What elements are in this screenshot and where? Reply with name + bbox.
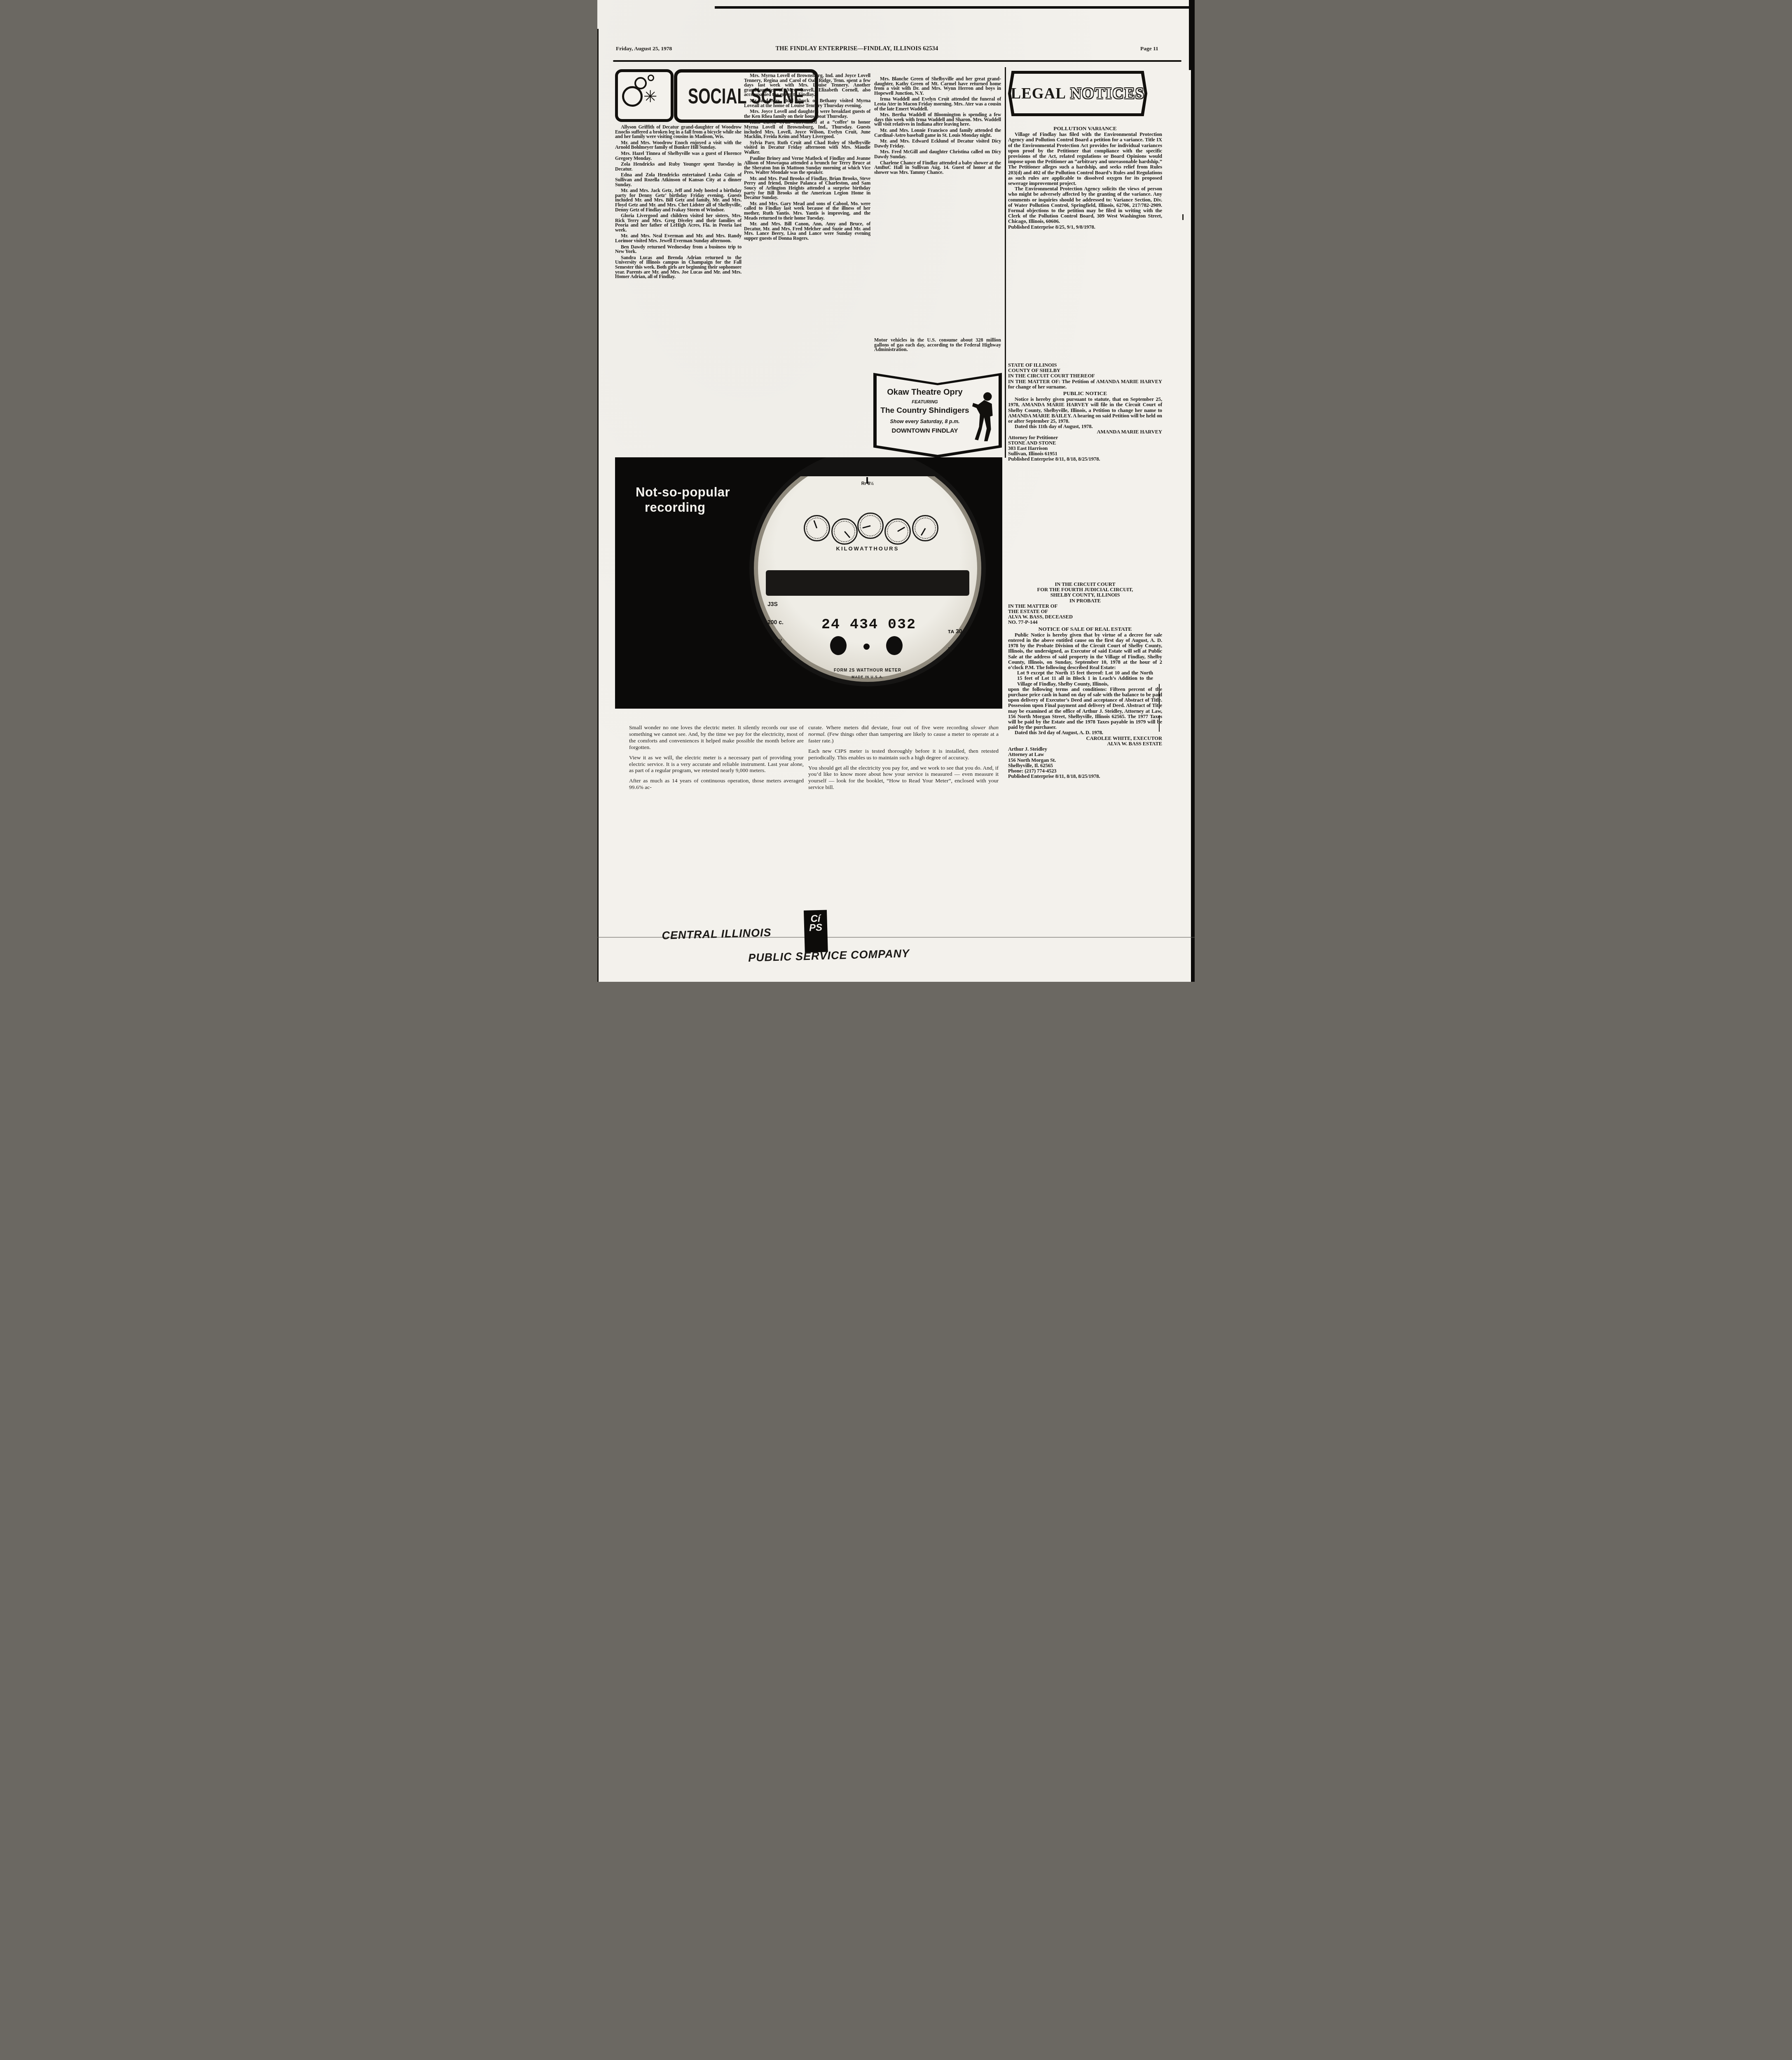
- news-item: Mr. and Mrs. Gary Mead and sons of Caboo…: [744, 201, 870, 220]
- legal-section-title: NOTICE OF SALE OF REAL ESTATE: [1008, 626, 1162, 632]
- meter-nameplate-left: J3S 200 c. 240 v 3 w: [767, 595, 784, 667]
- meter-register-number: 24 434 032: [802, 616, 936, 633]
- news-item: Mr. and Mrs. Burl Shuck of Bethany visit…: [744, 98, 870, 108]
- meter-ta-rating: ᴛᴀ 30: [948, 622, 964, 640]
- legal-name-change-notice: STATE OF ILLINOIS COUNTY OF SHELBY IN TH…: [1008, 363, 1162, 462]
- meter-dial-icon: [831, 518, 858, 545]
- okaw-ad-band-name: The Country Shindigers: [877, 406, 972, 415]
- legal-court-line: IN PROBATE: [1008, 598, 1162, 604]
- legal-paragraph: Village of Findlay has filed with the En…: [1008, 132, 1162, 186]
- news-item: Zola Hendricks and Ruby Younger spent Tu…: [615, 162, 742, 171]
- legal-published-line: Published Enterprise 8/11, 8/18, 8/25/19…: [1008, 456, 1162, 462]
- news-item: Mr. and Mrs. Woodrow Enoch enjoyed a vis…: [615, 140, 742, 150]
- legal-paragraph: Public Notice is hereby given that by vi…: [1008, 632, 1162, 670]
- legal-line: NO. 77-P-144: [1008, 620, 1162, 625]
- meter-top-bracket: [749, 457, 986, 476]
- legal-paragraph: The Environmental Protection Agency soli…: [1008, 186, 1162, 224]
- okaw-ad-title: Okaw Theatre Opry: [877, 388, 972, 397]
- scan-edge-left: [597, 29, 599, 982]
- legal-paragraph: Notice is hereby given pursuant to statu…: [1008, 397, 1162, 424]
- meter-register-frame: [766, 570, 969, 596]
- masthead: THE FINDLAY ENTERPRISE—FINDLAY, ILLINOIS…: [671, 45, 1042, 52]
- news-item: Ruth Eileen Cruit entertained at a “coff…: [744, 120, 870, 139]
- news-item: Mr. and Mrs. Jack Getz, Jeff and Jody ho…: [615, 188, 742, 212]
- ad-paragraph: Small wonder no one loves the electric m…: [629, 724, 804, 751]
- legal-signature: AMANDA MARIE HARVEY: [1008, 429, 1162, 435]
- news-item: Allyson Griffith of Decatur grand-daught…: [615, 125, 742, 139]
- legal-dated-line: Dated this 3rd day of August, A. D. 1978…: [1008, 730, 1162, 735]
- cips-headline-line2: recording: [645, 500, 730, 515]
- logo-public-service-company: PUBLIC SERVICE COMPANY: [748, 947, 910, 964]
- legal-estate-sale-notice: IN THE CIRCUIT COURT FOR THE FOURTH JUDI…: [1008, 582, 1162, 779]
- page-date: Friday, August 25, 1978: [616, 45, 672, 52]
- notices-word-outlined: NOTICES: [1070, 85, 1145, 103]
- ad-paragraph: View it as we will, the electric meter i…: [629, 754, 804, 774]
- meter-dial-icon: [912, 515, 938, 541]
- social-column-1: Allyson Griffith of Decatur grand-daught…: [615, 125, 742, 281]
- header-rule: [613, 60, 1181, 62]
- news-item: Sylvia Parr, Ruth Cruit and Chad Roley o…: [744, 140, 870, 155]
- news-item: Irma Waddell and Evelyn Cruit attended t…: [874, 97, 1001, 111]
- legal-paragraph: upon the following terms and conditions:…: [1008, 687, 1162, 730]
- legal-notices-badge-inner: LEGAL NOTICES: [1011, 74, 1144, 113]
- legal-published-line: Published Enterprise 8/11, 8/18, 8/25/19…: [1008, 774, 1162, 779]
- logo-central-illinois: CENTRAL ILLINOIS: [662, 926, 772, 942]
- cips-logo-bottom: PS: [804, 923, 828, 933]
- meter-rr-label: Rr 8½: [749, 481, 986, 486]
- cips-headline-line1: Not-so-popular: [636, 485, 730, 500]
- meter-dial-icon: [884, 518, 911, 545]
- meter-made-line: MADE IN U.S.A.: [785, 675, 950, 679]
- okaw-ad-showtime: Show every Saturday, 8 p.m.: [877, 419, 972, 424]
- social-column-2: Mrs. Myrna Lovell of Brownsburg, Ind. an…: [744, 73, 870, 242]
- meter-volts: 240 v: [767, 631, 784, 649]
- legal-line: Attorney for Petitioner: [1008, 435, 1162, 440]
- clock-asterisk-icon: ✳: [615, 69, 674, 122]
- electric-meter-photo: Rr 8½ KILOWATTHOURS J3S 200 c. 240 v 3 w…: [749, 457, 986, 686]
- news-item: Pauline Briney and Verne Matlock of Find…: [744, 156, 870, 175]
- ad-paragraph: curate. Where meters did deviate, four o…: [808, 724, 999, 744]
- okaw-ad-featuring: FEATURING: [877, 400, 972, 405]
- meter-dial-icon: [804, 515, 830, 541]
- legal-line: 156 North Morgan St.: [1008, 758, 1162, 763]
- scan-edge-top: [715, 6, 1195, 9]
- meter-wire: 3 w: [767, 649, 784, 667]
- legal-court-line: SHELBY COUNTY, ILLINOIS: [1008, 592, 1162, 598]
- filler-item: Motor vehicles in the U.S. consume about…: [874, 338, 1001, 352]
- news-item: Mrs. Myrna Lovell of Brownsburg, Ind. an…: [744, 73, 870, 97]
- cips-logo-icon: Cí PS: [804, 910, 828, 953]
- news-item: Mr. and Mrs. Paul Brooks of Findlay, Bri…: [744, 176, 870, 200]
- legal-word: LEGAL: [1011, 85, 1066, 103]
- cips-ad-headline: Not-so-popular recording: [636, 485, 730, 515]
- news-item: Mr. and Mrs. Bill Canon, Ann, Amy and Br…: [744, 222, 870, 241]
- legal-section-title: POLLUTION VARIANCE: [1008, 126, 1162, 131]
- news-item: Mr. and Mrs. Edward Ecklund of Decatur v…: [874, 139, 1001, 148]
- okaw-ad-location: DOWNTOWN FINDLAY: [877, 427, 972, 434]
- news-item: Mr. and Mrs. Lonnie Francisco and family…: [874, 128, 1001, 138]
- cips-company-logo: CENTRAL ILLINOIS Cí PS PUBLIC SERVICE CO…: [644, 902, 967, 979]
- news-item: Mr. and Mrs. Neal Everman and Mr. and Mr…: [615, 234, 742, 243]
- meter-amps: 200 c.: [767, 613, 784, 631]
- okaw-theatre-ad: Okaw Theatre Opry FEATURING The Country …: [873, 373, 1002, 458]
- legal-line: Shelbyville, Il. 62565: [1008, 763, 1162, 768]
- column-divider: [1005, 67, 1006, 458]
- legal-notices-badge: LEGAL NOTICES: [1008, 71, 1147, 116]
- meter-kilowatthours-label: KILOWATTHOURS: [749, 545, 986, 552]
- cips-copy-column-2: curate. Where meters did deviate, four o…: [808, 724, 999, 794]
- legal-published-line: Published Enterprise 8/25, 9/1, 9/8/1978…: [1008, 225, 1162, 230]
- ad-paragraph: You should get all the electricity you p…: [808, 765, 999, 791]
- legal-line: Attorney at Law: [1008, 752, 1162, 757]
- meter-dot-icon: [863, 644, 870, 650]
- news-item: Gloria Livergood and children visited he…: [615, 213, 742, 232]
- meter-screw-icon: [886, 636, 903, 655]
- social-column-3: Mrs. Blanche Green of Shelbyville and he…: [874, 77, 1001, 176]
- ad-text: curate. Where meters did deviate, four o…: [808, 724, 971, 730]
- guitar-player-icon: [971, 390, 997, 443]
- news-item: Mrs. Blanche Green of Shelbyville and he…: [874, 77, 1001, 96]
- legal-lot-description: Lot 9 except the North 15 feet thereof: …: [1017, 670, 1153, 687]
- bubble-small-circle-icon: [648, 75, 654, 81]
- newspaper-page: Friday, August 25, 1978 THE FINDLAY ENTE…: [597, 0, 1195, 982]
- legal-section-title: PUBLIC NOTICE: [1008, 391, 1162, 396]
- page-number: Page 11: [1140, 45, 1158, 52]
- meter-nameplate-right: ᴛᴀ 30 Kʜ 12: [948, 622, 964, 658]
- legal-paragraph: IN THE MATTER OF: The Petition of AMANDA…: [1008, 379, 1162, 390]
- scan-edge-right: [1191, 0, 1195, 982]
- cips-copy-column-1: Small wonder no one loves the electric m…: [629, 724, 804, 794]
- news-item: Mrs. Joyce Lovell and daughters were bre…: [744, 109, 870, 119]
- meter-kh-rating: Kʜ 12: [948, 640, 964, 658]
- legal-executor-line: CAROLEE WHITE, EXECUTOR: [1008, 736, 1162, 741]
- news-item: Charlene Chance of Findlay attended a ba…: [874, 161, 1001, 175]
- legal-pollution-variance: POLLUTION VARIANCE Village of Findlay ha…: [1008, 125, 1162, 230]
- scan-edge-blob: [1189, 0, 1192, 70]
- ad-paragraph: After as much as 14 years of continuous …: [629, 777, 804, 791]
- scan-tick: [1182, 214, 1184, 220]
- okaw-ad-text: Okaw Theatre Opry FEATURING The Country …: [877, 388, 972, 434]
- news-item: Ben Dawdy returned Wednesday from a busi…: [615, 245, 742, 254]
- asterisk-icon: ✳: [643, 89, 657, 105]
- meter-screw-icon: [830, 636, 847, 655]
- ad-paragraph: Each new CIPS meter is tested thoroughly…: [808, 748, 999, 761]
- legal-line: IN THE CIRCUIT COURT THEREOF: [1008, 373, 1162, 379]
- meter-model: J3S: [767, 595, 784, 613]
- news-item: Sandra Lucas and Brenda Adrian returned …: [615, 255, 742, 279]
- news-item: Mrs. Hazel Tinnea of Shelbyville was a g…: [615, 151, 742, 161]
- meter-dial-icon: [857, 513, 884, 539]
- ad-text: (Few things other than tampering are lik…: [808, 731, 999, 744]
- meter-form-line: FORM 2S WATTHOUR METER: [785, 668, 950, 673]
- cips-meter-ad: Not-so-popular recording Rr 8½ KILOWATTH…: [615, 457, 1002, 709]
- news-item: Mrs. Fred McGill and daughter Christina …: [874, 150, 1001, 159]
- news-item: Edna and Zola Hendricks entertained Losh…: [615, 173, 742, 187]
- news-item: Mrs. Bertha Waddell of Bloomington is sp…: [874, 112, 1001, 127]
